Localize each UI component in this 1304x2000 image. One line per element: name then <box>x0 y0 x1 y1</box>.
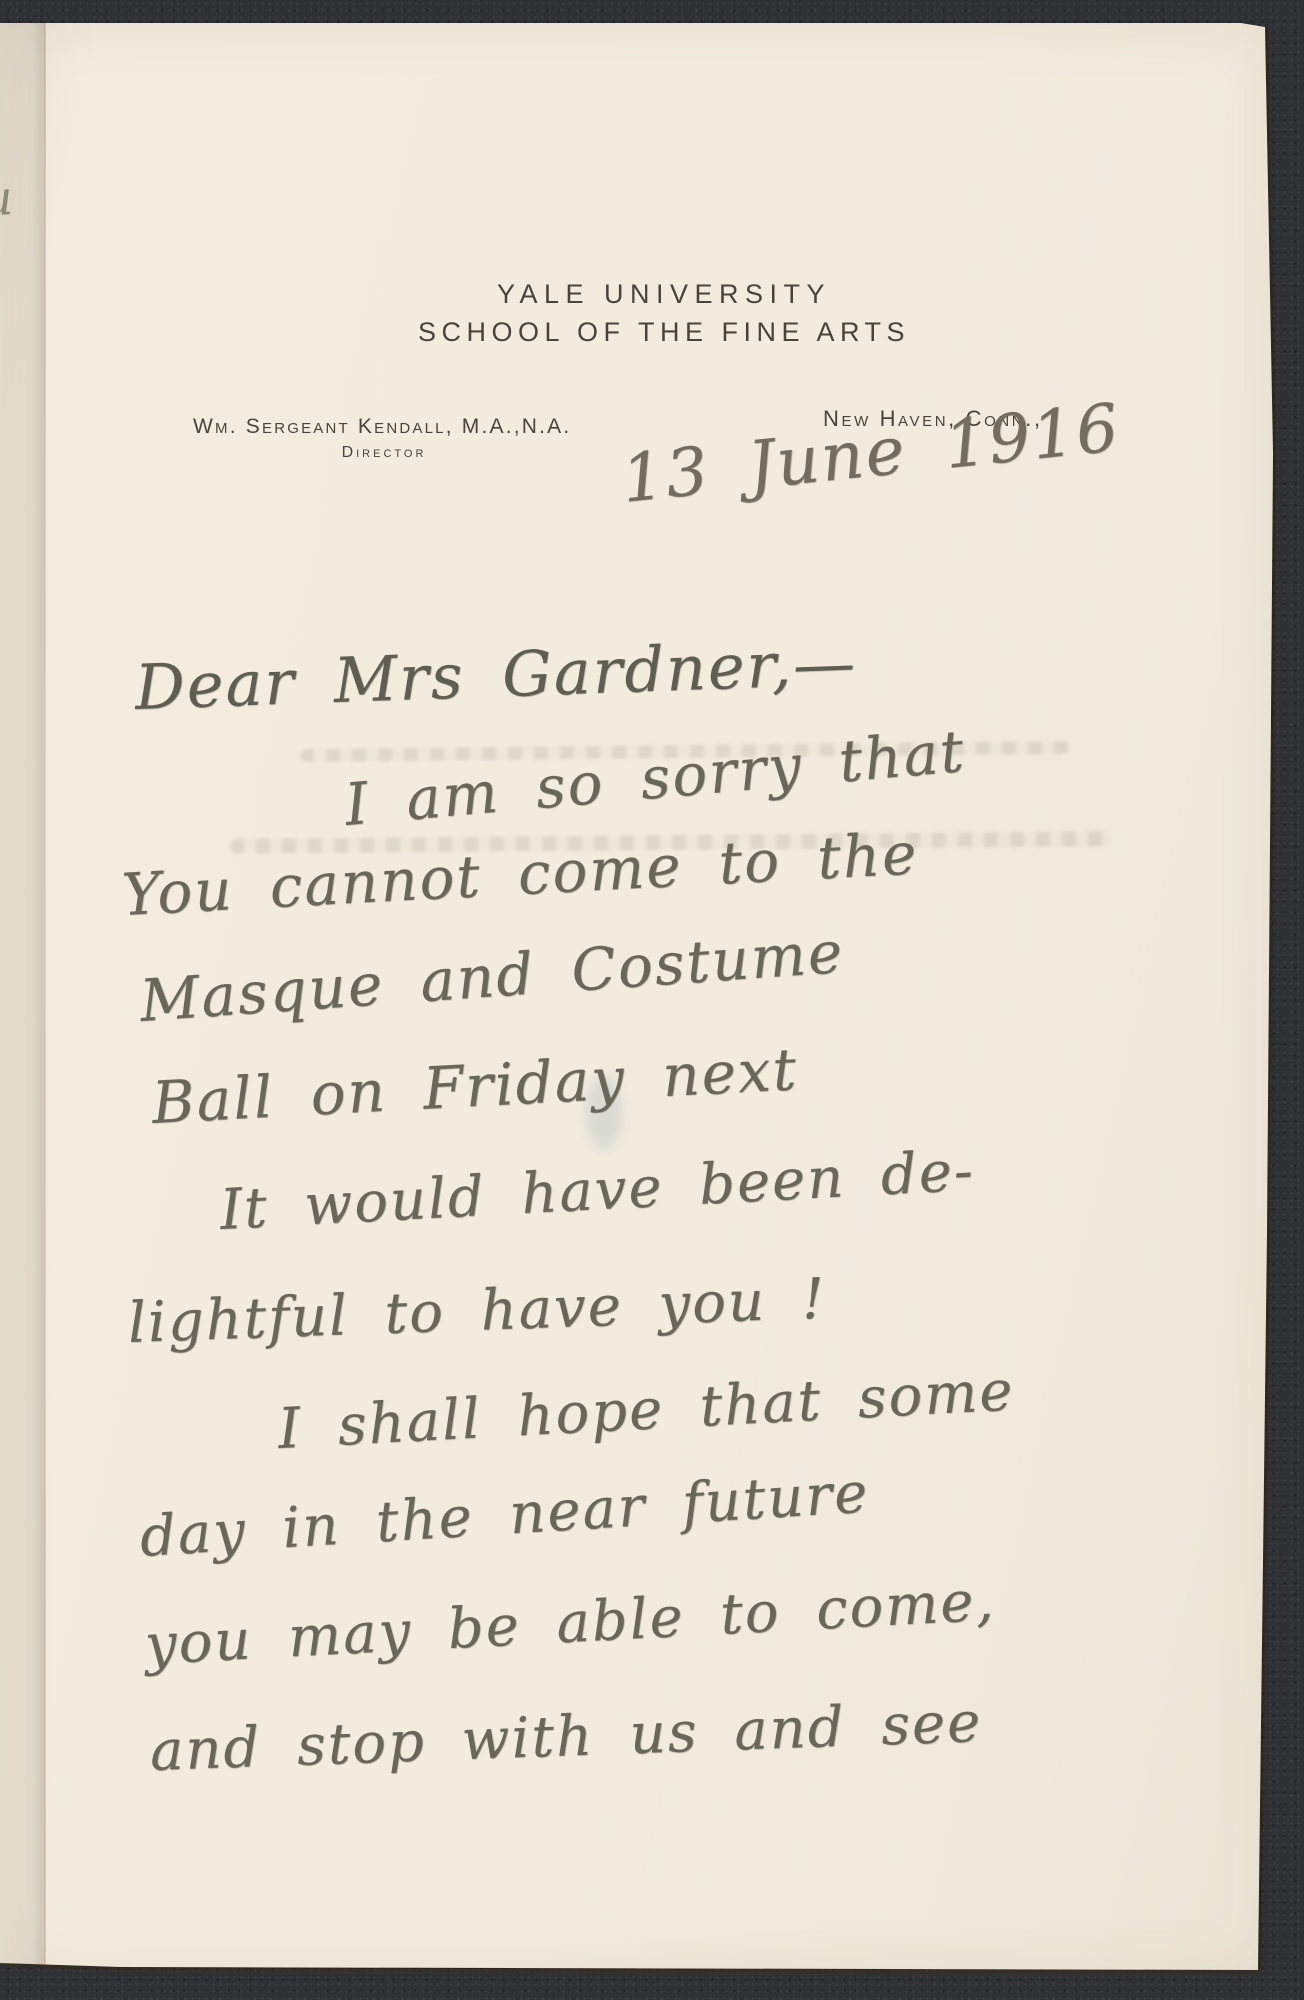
handwritten-line: lightful to have you ! <box>127 1267 827 1356</box>
handwritten-line: Masque and Costume <box>138 918 847 1035</box>
letterhead-director-title: Director <box>342 444 427 462</box>
folded-left-page-edge <box>0 23 46 1972</box>
letterhead-university: YALE UNIVERSITY <box>497 279 831 310</box>
scanned-letter-photo: u YALE UNIVERSITY SCHOOL OF THE FINE ART… <box>0 0 1304 2000</box>
handwritten-line: It would have been de- <box>218 1138 976 1242</box>
fold-crease <box>44 23 46 1972</box>
handwritten-line-greeting: Dear Mrs Gardner,— <box>134 626 858 724</box>
handwritten-line: you may be able to come, <box>143 1568 996 1677</box>
letterhead-director-name: Wm. Sergeant Kendall, M.A.,N.A. <box>193 415 571 439</box>
handwritten-line: I shall hope that some <box>276 1358 1016 1461</box>
handwritten-line: day in the near future <box>138 1460 871 1569</box>
letter-page: u YALE UNIVERSITY SCHOOL OF THE FINE ART… <box>0 23 1274 1972</box>
paper-shadow-wrapper: u YALE UNIVERSITY SCHOOL OF THE FINE ART… <box>0 0 1304 2000</box>
handwritten-line: and stop with us and see <box>149 1690 983 1784</box>
handwritten-line: Ball on Friday next <box>150 1035 799 1137</box>
letterhead-school: SCHOOL OF THE FINE ARTS <box>418 317 910 348</box>
